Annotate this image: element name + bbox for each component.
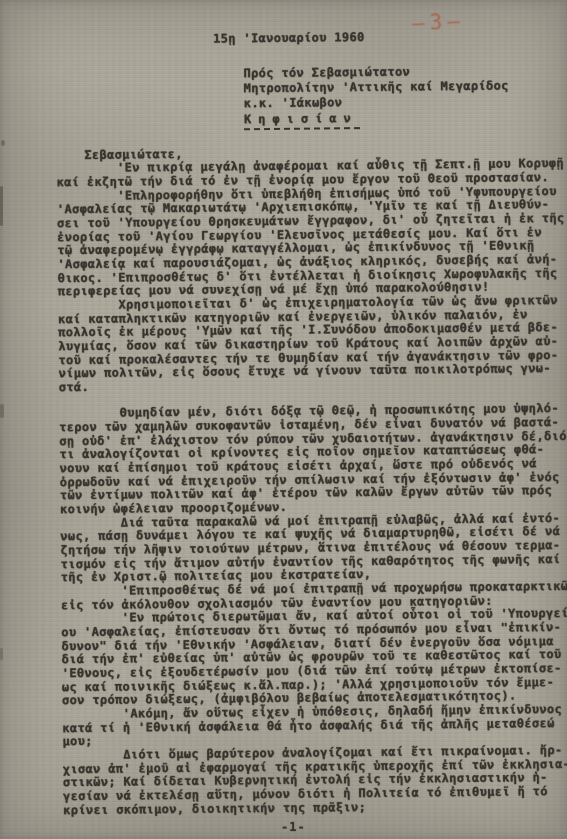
letter-paragraph-2: 'Επληροφορήθην ὅτι ὑπεβλήθη ἐπισήμως ὑπό… [57, 185, 567, 300]
scan-edge-smudge [1, 140, 5, 146]
scan-edge-smudge [0, 404, 4, 418]
typewritten-letter-body: 15ῃ 'Ιανουαρίου 1960 Πρός τόν Σεβασμιώτα… [55, 29, 567, 817]
letter-date: 15ῃ 'Ιανουαρίου 1960 [213, 29, 567, 46]
letter-paragraph-5: Διά ταῦτα παρακαλῶ νά μοί ἐπιτραπῇ εὐλαβ… [60, 512, 567, 586]
scan-edge-smudge [0, 186, 3, 226]
letter-paragraph-8: 'Ακόμη, ἄν οὕτως εἶχεν ἡ ὑπόθεσις, δηλαδ… [62, 703, 567, 749]
recipient-city-underlined: Κηφισίαν [244, 111, 360, 130]
letter-paragraph-9: Διότι ὅμως βαρύτερον ἀναλογίζομαι καί ἔτ… [62, 744, 567, 818]
page-number: -1- [281, 820, 306, 834]
recipient-line-city: Κηφισίαν [244, 108, 567, 130]
letter-paragraph-4: Θυμηδίαν μέν, διότι δόξᾳ τῷ Θεῷ, ἡ προσω… [59, 402, 567, 517]
recipient-address-block: Πρός τόν Σεβασμιώτατον Μητροπολίτην 'Αττ… [243, 63, 567, 130]
scanned-letter-page: —3— 15ῃ 'Ιανουαρίου 1960 Πρός τόν Σεβασμ… [0, 0, 567, 839]
scan-edge-smudge [0, 648, 3, 660]
letter-paragraph-7: 'Εν πρώτοις διερωτῶμαι ἄν, καί αὐτοί οὗτ… [61, 607, 567, 708]
letter-paragraph-3: Χρησιμοποιεῖται δ' ὡς ἐπιχειρηματολογία … [58, 294, 567, 395]
